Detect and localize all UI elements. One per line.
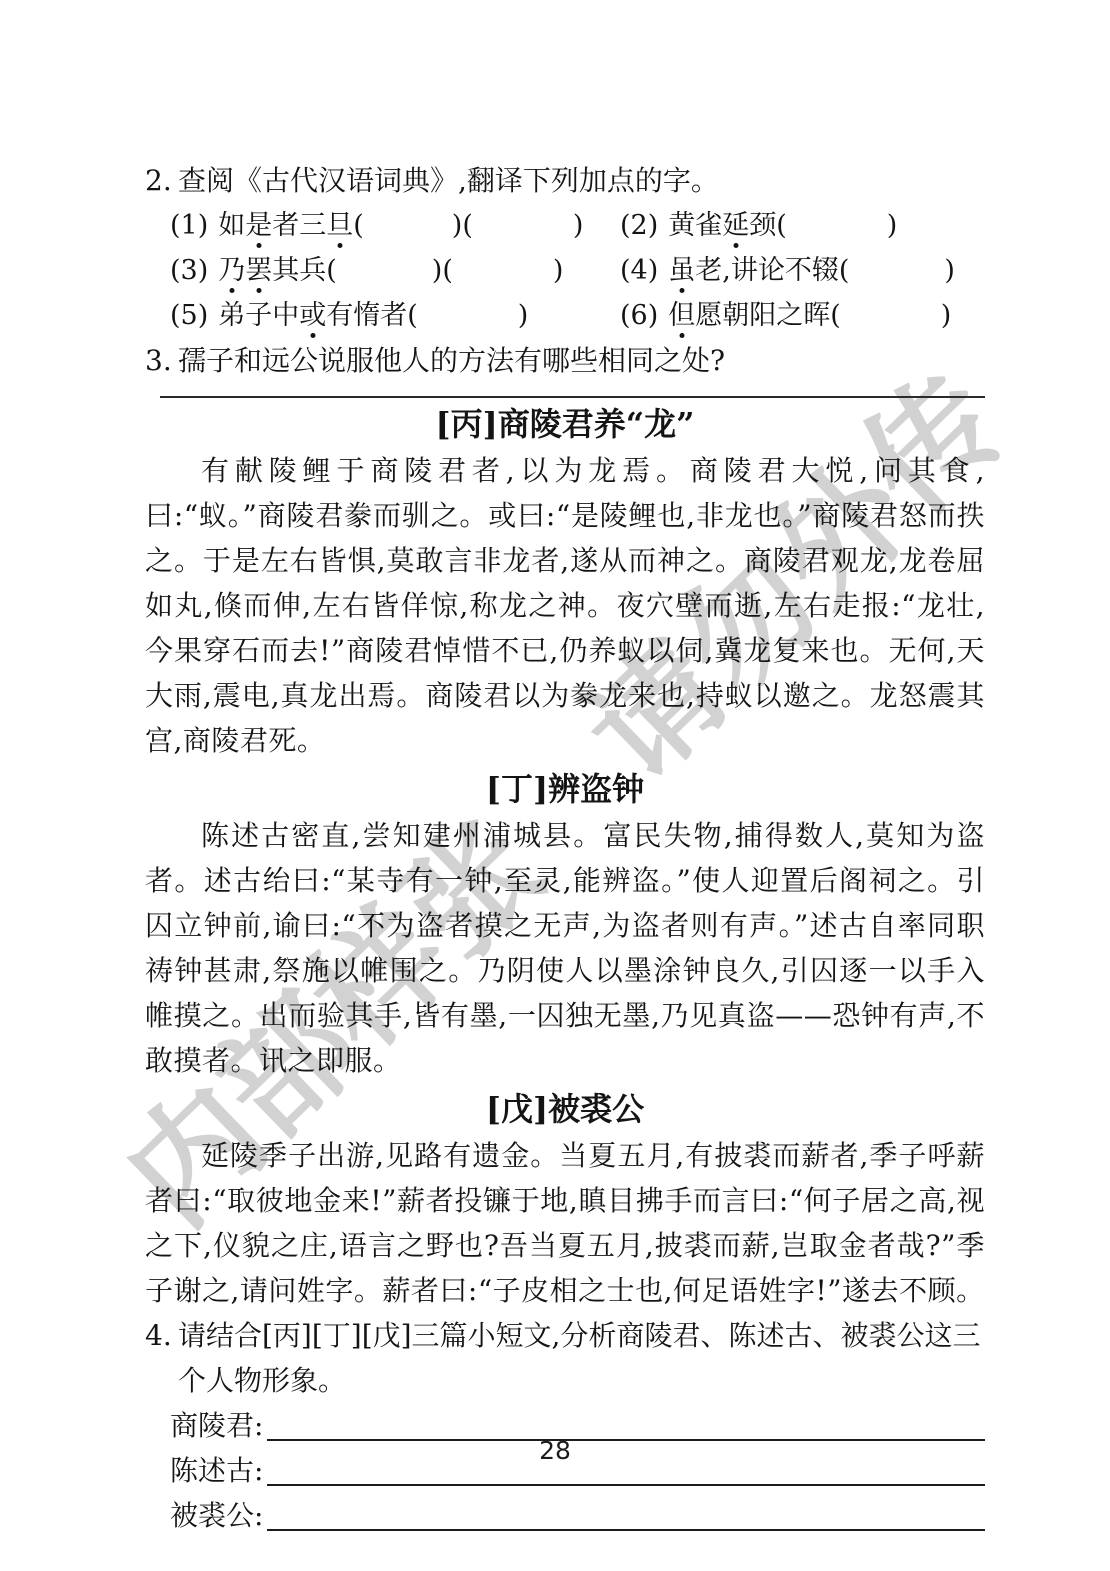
question-4-number: 4. bbox=[145, 1313, 172, 1358]
item-text: 愿朝阳之晖( bbox=[695, 300, 841, 331]
item-text: 者三 bbox=[272, 210, 326, 241]
section-passage: 有献陵鲤于商陵君者,以为龙焉。商陵君大悦,问其食,曰:“蚁。”商陵君豢而驯之。或… bbox=[145, 448, 985, 763]
section-title: [戊]被裘公 bbox=[145, 1085, 985, 1133]
answer-line[interactable] bbox=[267, 1484, 985, 1486]
emphasized-char: 延 bbox=[722, 210, 749, 241]
answer-row: 被裘公: bbox=[145, 1493, 985, 1538]
section-title: [丙]商陵君养“龙” bbox=[145, 400, 985, 448]
question-2-text: 查阅《古代汉语词典》,翻译下列加点的字。 bbox=[178, 164, 719, 197]
answer-blank[interactable] bbox=[473, 232, 573, 234]
section-title: [丁]辨盗钟 bbox=[145, 765, 985, 813]
answer-blank[interactable] bbox=[364, 232, 452, 234]
question-3-number: 3. bbox=[145, 338, 172, 383]
item-text: )( bbox=[432, 255, 453, 286]
question-3-text: 孺子和远公说服他人的方法有哪些相同之处? bbox=[178, 344, 725, 377]
item-number: (6) bbox=[620, 300, 658, 331]
q2-item: (4)虽老,讲论不辍() bbox=[620, 248, 985, 293]
emphasized-char: 或 bbox=[299, 300, 326, 331]
item-number: (1) bbox=[170, 210, 208, 241]
q2-item: (6)但愿朝阳之晖() bbox=[620, 293, 985, 338]
emphasized-char: 是 bbox=[245, 210, 272, 241]
item-text: 有惰者( bbox=[326, 300, 418, 331]
question-4: 4. 请结合[丙][丁][戊]三篇小短文,分析商陵君、陈述古、被裘公这三个人物形… bbox=[145, 1313, 985, 1403]
item-text: 老,讲论不辍( bbox=[695, 255, 849, 286]
page-content: 2. 查阅《古代汉语词典》,翻译下列加点的字。 (1)如是者三旦()()(2)黄… bbox=[0, 0, 1110, 1538]
section-divider bbox=[160, 396, 985, 398]
item-number: (3) bbox=[170, 255, 208, 286]
q2-item: (2)黄雀延颈() bbox=[620, 203, 985, 248]
item-text: )( bbox=[452, 210, 473, 241]
answer-blank-rows: 商陵君:陈述古:被裘公: bbox=[145, 1403, 985, 1538]
q2-item-grid: (1)如是者三旦()()(2)黄雀延颈()(3)乃罢其兵()()(4)虽老,讲论… bbox=[145, 203, 985, 338]
item-text: 颈( bbox=[749, 210, 787, 241]
item-text: ) bbox=[573, 210, 584, 241]
item-text: 弟子中 bbox=[218, 300, 299, 331]
item-text: 黄雀 bbox=[668, 210, 722, 241]
section-passage: 陈述古密直,尝知建州浦城县。富民失物,捕得数人,莫知为盗者。述古绐曰:“某寺有一… bbox=[145, 813, 985, 1083]
section-passage: 延陵季子出游,见路有遗金。当夏五月,有披裘而薪者,季子呼薪者曰:“取彼地金来!”… bbox=[145, 1133, 985, 1313]
item-number: (2) bbox=[620, 210, 658, 241]
emphasized-char: 罢 bbox=[245, 255, 272, 286]
answer-blank[interactable] bbox=[453, 277, 553, 279]
question-2: 2. 查阅《古代汉语词典》,翻译下列加点的字。 bbox=[145, 158, 985, 203]
answer-blank[interactable] bbox=[787, 232, 887, 234]
answer-blank[interactable] bbox=[337, 277, 432, 279]
question-2-number: 2. bbox=[145, 158, 172, 203]
item-number: (5) bbox=[170, 300, 208, 331]
item-text: ) bbox=[553, 255, 564, 286]
emphasized-char: 旦 bbox=[326, 210, 353, 241]
q2-item: (3)乃罢其兵()() bbox=[170, 248, 620, 293]
q2-item: (1)如是者三旦()() bbox=[170, 203, 620, 248]
item-text: 其兵( bbox=[272, 255, 337, 286]
page-number: 28 bbox=[0, 1436, 1110, 1465]
answer-line[interactable] bbox=[267, 1529, 985, 1531]
workbook-page: 内部样张 请勿外传 2. 查阅《古代汉语词典》,翻译下列加点的字。 (1)如是者… bbox=[0, 0, 1110, 1571]
reading-sections: [丙]商陵君养“龙”有献陵鲤于商陵君者,以为龙焉。商陵君大悦,问其食,曰:“蚁。… bbox=[145, 400, 985, 1313]
answer-blank[interactable] bbox=[841, 322, 941, 324]
emphasized-char: 乃 bbox=[218, 255, 245, 286]
question-4-text: 请结合[丙][丁][戊]三篇小短文,分析商陵君、陈述古、被裘公这三个人物形象。 bbox=[178, 1319, 980, 1397]
question-3: 3. 孺子和远公说服他人的方法有哪些相同之处? bbox=[145, 338, 985, 383]
item-text: ) bbox=[944, 255, 955, 286]
answer-blank[interactable] bbox=[418, 322, 518, 324]
item-text: ) bbox=[941, 300, 952, 331]
item-text: ) bbox=[887, 210, 898, 241]
emphasized-char: 虽 bbox=[668, 255, 695, 286]
answer-row-label: 被裘公: bbox=[170, 1493, 263, 1538]
emphasized-char: 但 bbox=[668, 300, 695, 331]
q2-item: (5)弟子中或有惰者() bbox=[170, 293, 620, 338]
item-text: ) bbox=[518, 300, 529, 331]
item-number: (4) bbox=[620, 255, 658, 286]
answer-blank[interactable] bbox=[849, 277, 944, 279]
item-text: ( bbox=[353, 210, 364, 241]
item-text: 如 bbox=[218, 210, 245, 241]
